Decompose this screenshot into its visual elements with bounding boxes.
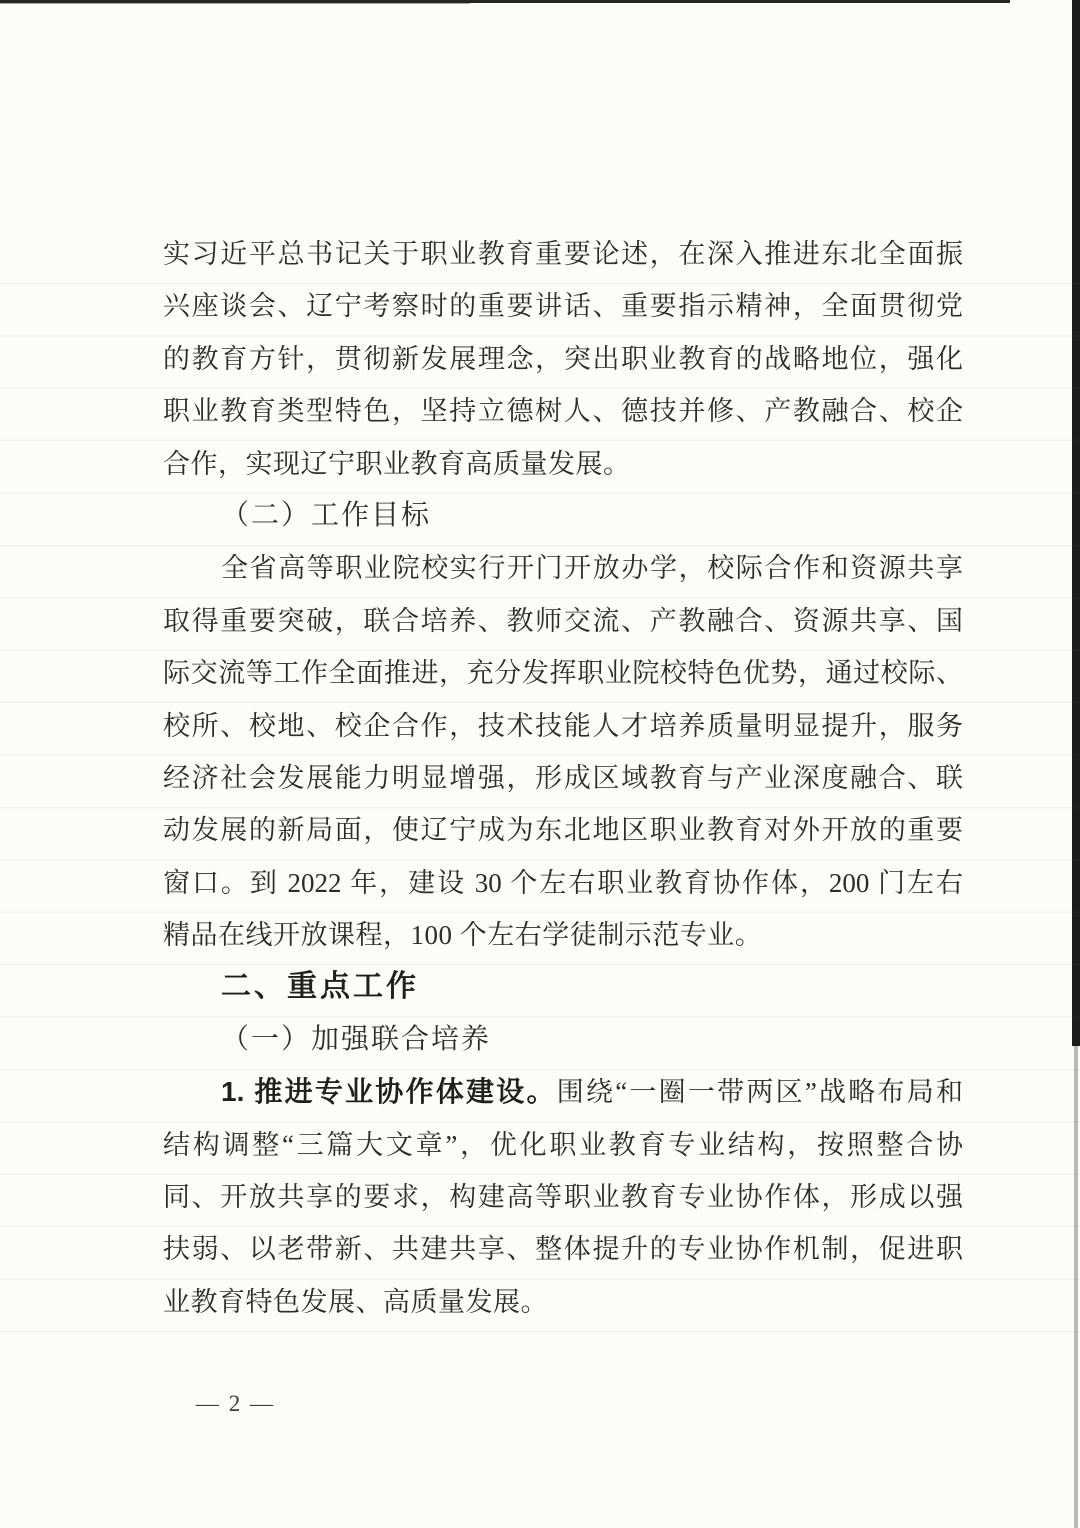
body-line: 的教育方针，贯彻新发展理念，突出职业教育的战略地位，强化 (163, 333, 963, 385)
body-line: 围绕“一圈一带两区”战略布局和 (557, 1077, 963, 1107)
document-body: 实习近平总书记关于职业教育重要论述，在深入推进东北全面振 兴座谈会、辽宁考察时的… (163, 228, 963, 1328)
body-line: 结构调整“三篇大文章”，优化职业教育专业结构，按照整合协 (163, 1119, 963, 1171)
body-line: 经济社会发展能力明显增强，形成区域教育与产业深度融合、联 (163, 752, 963, 804)
subsection-heading-joint-training: （一）加强联合培养 (163, 1014, 963, 1066)
scan-artifact-right-edge (1072, 0, 1080, 1046)
body-line: 合作，实现辽宁职业教育高质量发展。 (163, 438, 963, 490)
body-line: 取得重要突破，联合培养、教师交流、产教融合、资源共享、国 (163, 595, 963, 647)
scan-artifact-right-edge-faint (1074, 1046, 1078, 1528)
page-number: — 2 — (196, 1390, 275, 1418)
body-line: 窗口。到 2022 年，建设 30 个左右职业教育协作体，200 门左右 (163, 857, 963, 909)
body-line: 扶弱、以老带新、共建共享、整体提升的专业协作机制，促进职 (163, 1223, 963, 1275)
body-line: 职业教育类型特色，坚持立德树人、德技并修、产教融合、校企 (163, 385, 963, 437)
item-number-title: 1. 推进专业协作体建设。 (221, 1076, 557, 1107)
body-line: 兴座谈会、辽宁考察时的重要讲话、重要指示精神，全面贯彻党 (163, 280, 963, 332)
section-heading-key-work: 二、重点工作 (163, 961, 963, 1013)
body-line: 实习近平总书记关于职业教育重要论述，在深入推进东北全面振 (163, 228, 963, 280)
document-page: 实习近平总书记关于职业教育重要论述，在深入推进东北全面振 兴座谈会、辽宁考察时的… (0, 0, 1080, 1528)
body-line: 校所、校地、校企合作，技术技能人才培养质量明显提升，服务 (163, 700, 963, 752)
body-line: 业教育特色发展、高质量发展。 (163, 1276, 963, 1328)
body-line: 全省高等职业院校实行开门开放办学，校际合作和资源共享 (163, 542, 963, 594)
body-line: 际交流等工作全面推进，充分发挥职业院校特色优势，通过校际、 (163, 647, 963, 699)
body-line: 同、开放共享的要求，构建高等职业教育专业协作体，形成以强 (163, 1171, 963, 1223)
section-heading-work-goals: （二）工作目标 (163, 490, 963, 542)
body-line: 精品在线开放课程，100 个左右学徒制示范专业。 (163, 909, 963, 961)
body-line: 动发展的新局面，使辽宁成为东北地区职业教育对外开放的重要 (163, 804, 963, 856)
item-line: 1. 推进专业协作体建设。围绕“一圈一带两区”战略布局和 (163, 1066, 963, 1118)
scan-artifact-top-line-faint (0, 3, 470, 4)
